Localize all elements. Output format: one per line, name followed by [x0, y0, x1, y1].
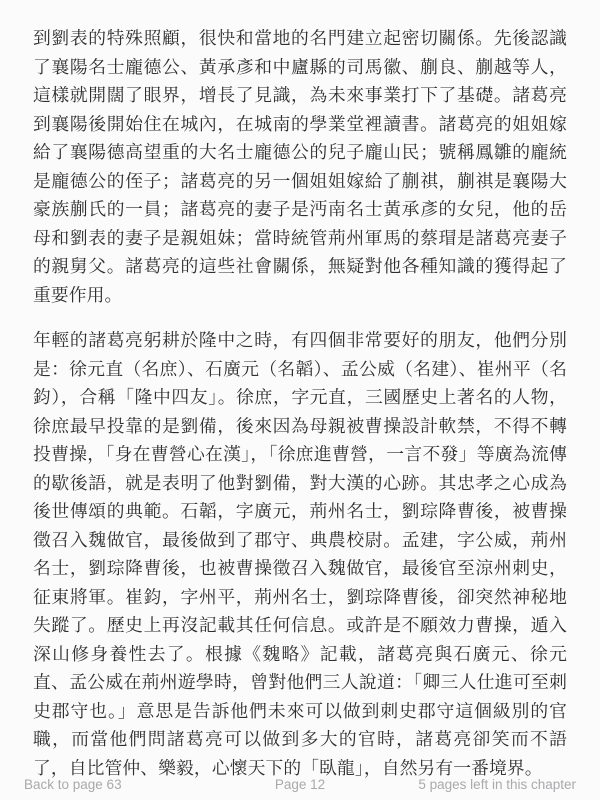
page-number-label: Page 12 — [259, 777, 341, 792]
body-paragraph-2: 年輕的諸葛亮躬耕於隆中之時，有四個非常要好的朋友，他們分別是：徐元直（名庶）、石… — [33, 326, 567, 782]
reader-footer: Back to page 63 Page 12 5 pages left in … — [0, 777, 600, 792]
back-to-page-link[interactable]: Back to page 63 — [24, 777, 122, 792]
reader-page: 到劉表的特殊照顧，很快和當地的名門建立起密切關係。先後認識了襄陽名士龐德公、黃承… — [0, 0, 600, 799]
pages-left-label: 5 pages left in this chapter — [341, 777, 576, 792]
body-paragraph-1: 到劉表的特殊照顧，很快和當地的名門建立起密切關係。先後認識了襄陽名士龐德公、黃承… — [33, 24, 567, 309]
